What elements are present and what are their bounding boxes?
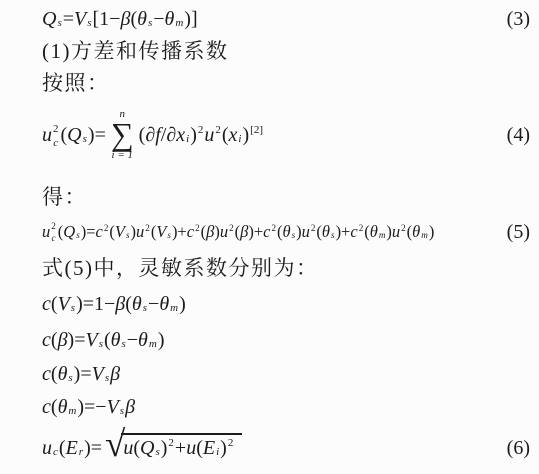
equation-number-5: (5) [507,221,530,244]
paper-page: Qs=Vs[1−β(θs−θm)] (3) (1)方差和传播系数 按照： u2c… [0,0,539,474]
sensitivity-coefficient-vs-row: c(Vs)=1−β(θs−θm) [42,289,530,319]
formula-4: u2c(Qs)=n∑i = 1(∂f/∂xi)2u2(xi)[2] [42,109,264,161]
formula-3: Qs=Vs[1−β(θs−θm)] [42,9,198,29]
formula-c-theta-m: c(θm)=−Vsβ [42,397,135,417]
lead-in-obtain: 得： [42,182,530,210]
equation-4-row: u2c(Qs)=n∑i = 1(∂f/∂xi)2u2(xi)[2] (4) [42,102,530,168]
lead-in-according: 按照： [42,68,530,96]
lead-in-according-label: 按照： [42,67,110,97]
section-heading: (1)方差和传播系数 [42,36,530,64]
formula-c-beta: c(β)=Vs(θs−θm) [42,330,165,350]
formula-c-theta-s: c(θs)=Vsβ [42,364,120,384]
sensitivity-coefficient-beta-row: c(β)=Vs(θs−θm) [42,324,530,356]
sensitivity-coefficient-theta-m-row: c(θm)=−Vsβ [42,392,530,422]
formula-5: u2c(Qs)=c2(Vs)u2(Vs)+c2(β)u2(β)+c2(θs)u2… [42,220,434,244]
sensitivity-intro: 式(5)中，灵敏系数分别为： [42,252,530,282]
lead-in-obtain-label: 得： [42,181,87,211]
equation-number-3: (3) [507,8,530,31]
equation-number-6: (6) [507,437,530,460]
sensitivity-intro-label: 式(5)中，灵敏系数分别为： [42,252,319,282]
sensitivity-coefficient-theta-s-row: c(θs)=Vsβ [42,359,530,389]
equation-number-4: (4) [507,124,530,147]
formula-c-vs: c(Vs)=1−β(θs−θm) [42,294,186,314]
equation-3-row: Qs=Vs[1−β(θs−θm)] (3) [42,4,530,34]
equation-5-row: u2c(Qs)=c2(Vs)u2(Vs)+c2(β)u2(β)+c2(θs)u2… [42,210,530,254]
equation-6-row: uc(Er)=√u(Qs)2+u(Ei)2 (6) [42,424,530,472]
section-heading-label: (1)方差和传播系数 [42,35,229,65]
formula-6: uc(Er)=√u(Qs)2+u(Ei)2 [42,433,242,463]
